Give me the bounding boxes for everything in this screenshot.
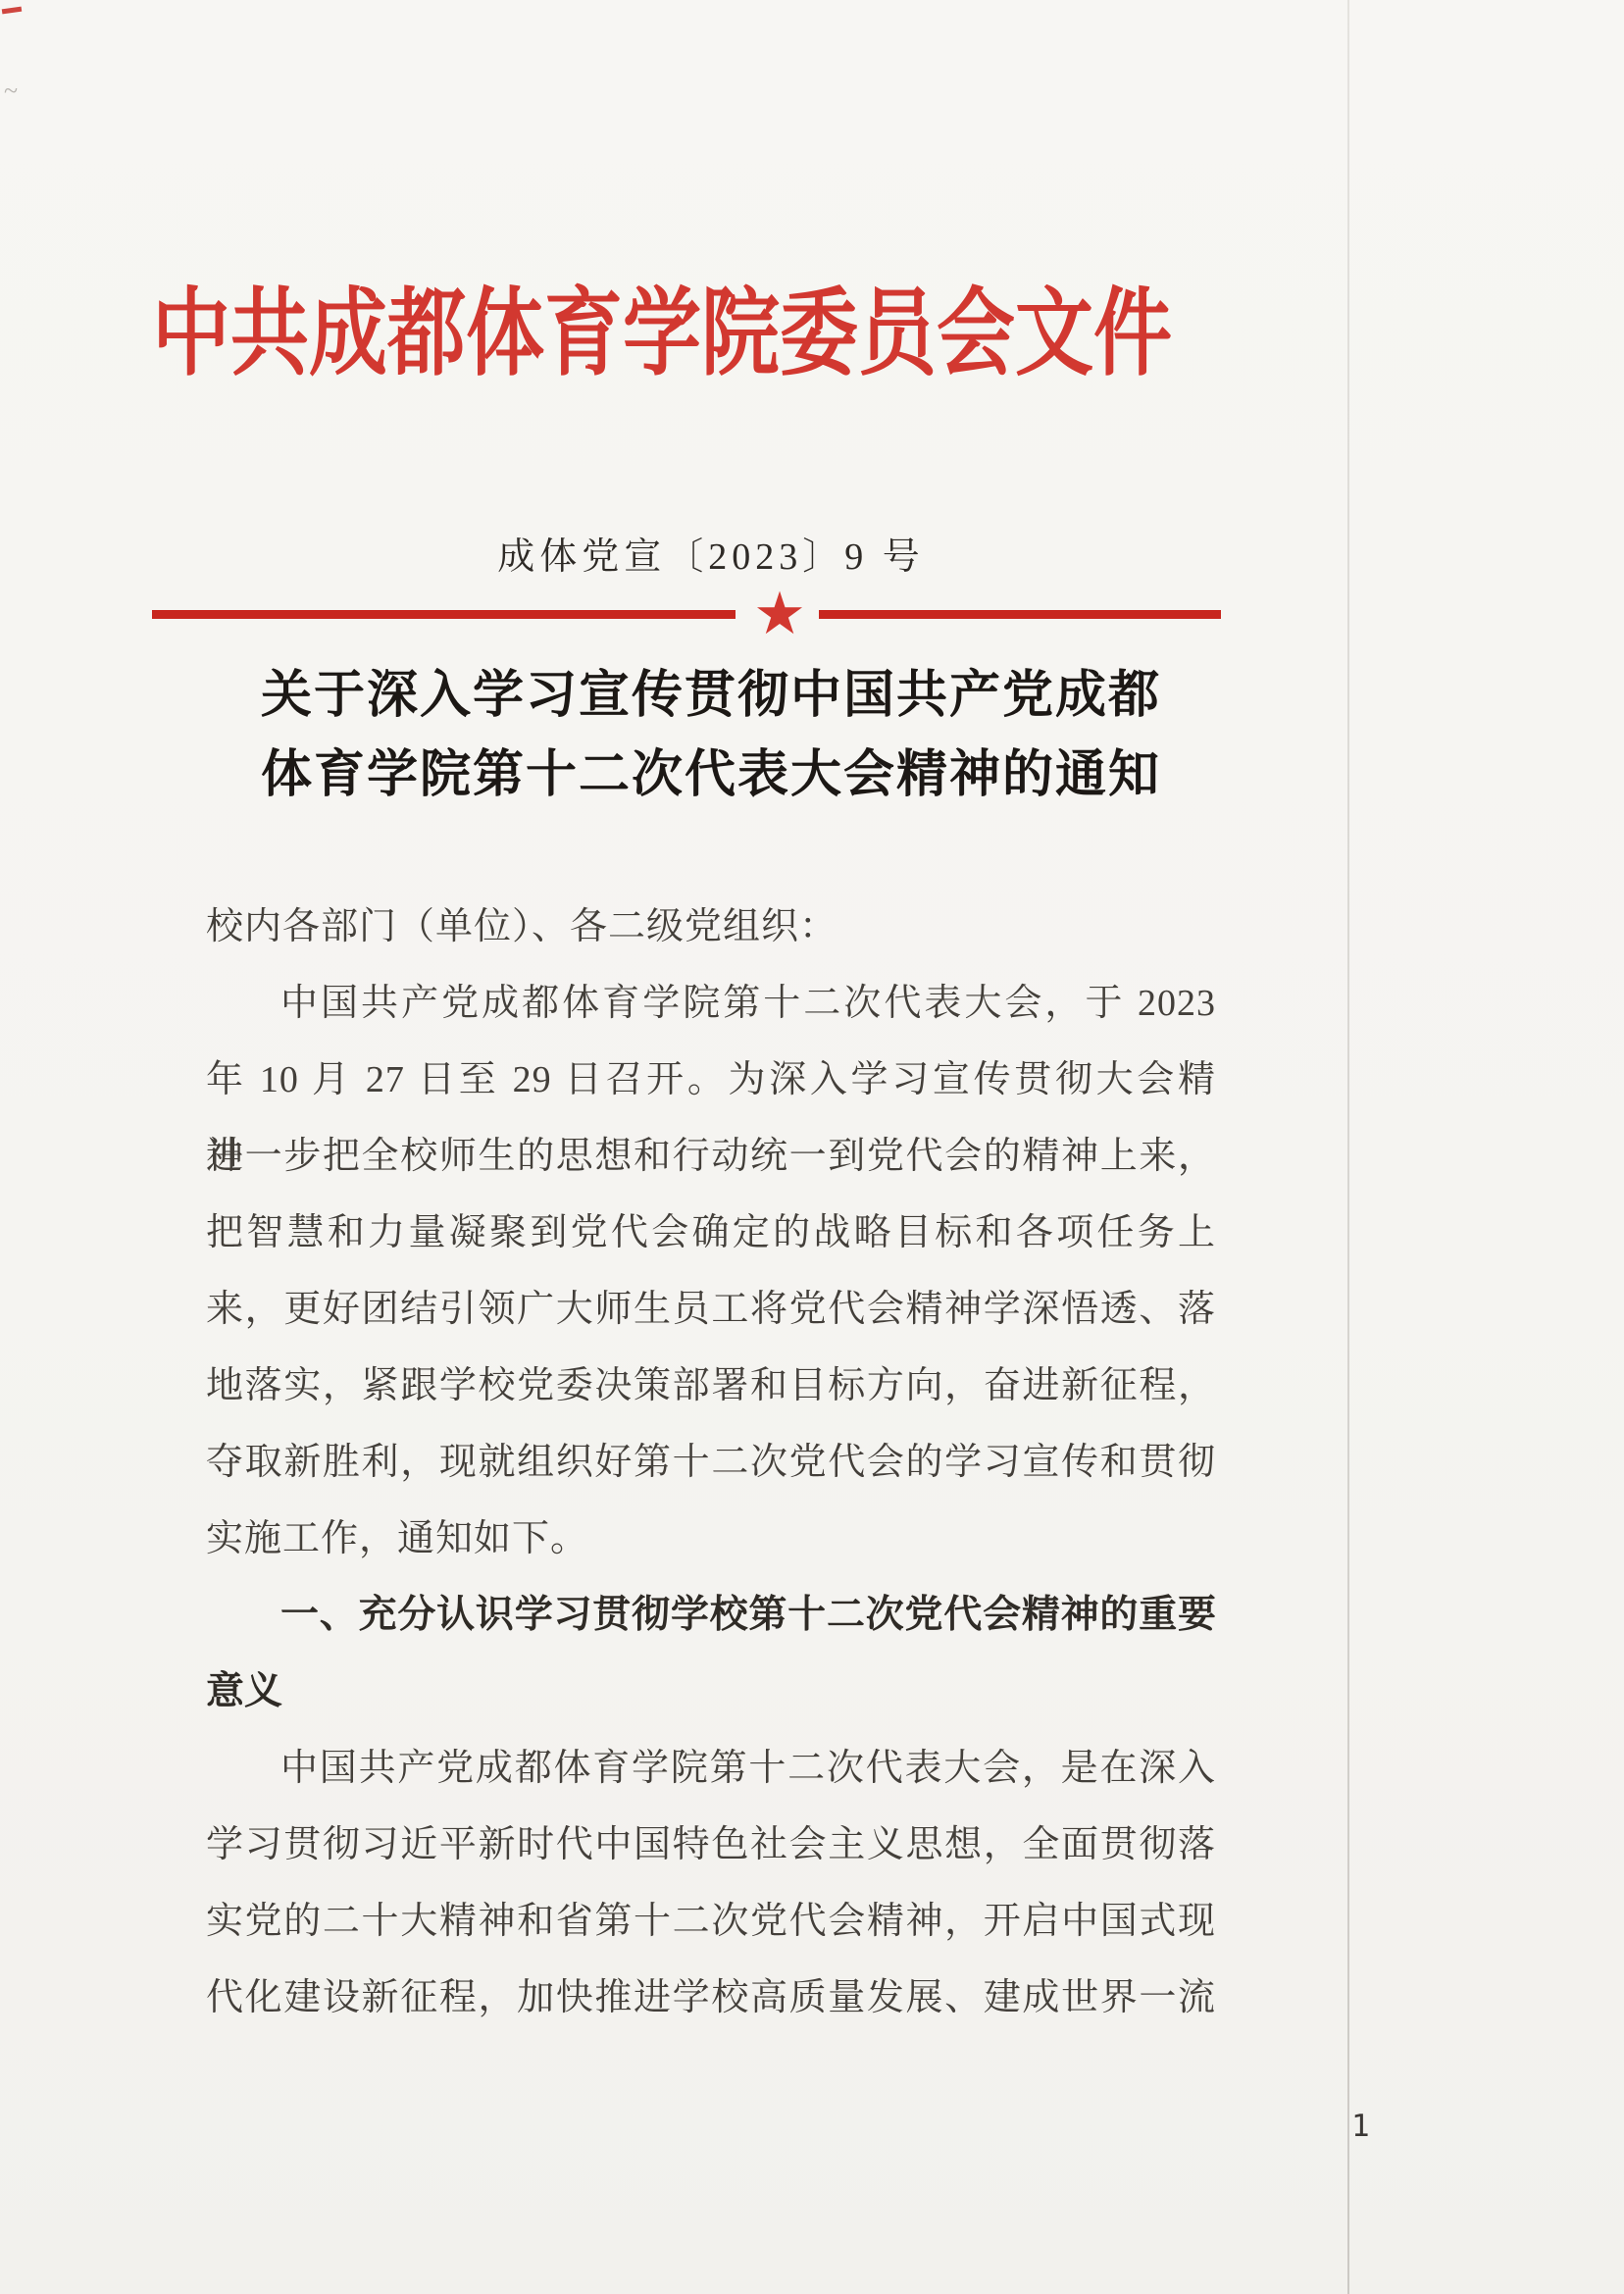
red-rule-right-segment [819,610,1221,619]
section-heading-line: 一、充分认识学习贯彻学校第十二次党代会精神的重要 [206,1577,1216,1654]
body-line: 实施工作，通知如下。 [206,1501,1216,1577]
body-line: 来，更好团结引领广大师生员工将党代会精神学深悟透、落 [206,1271,1216,1348]
red-rule-left-segment [152,610,736,619]
body-line: 中国共产党成都体育学院第十二次代表大会，是在深入 [206,1730,1216,1807]
scan-artifact-page-edge-line [1347,0,1349,2294]
body-line: 学习贯彻习近平新时代中国特色社会主义思想，全面贯彻落 [206,1807,1216,1883]
salutation-line: 校内各部门（单位）、各二级党组织： [206,889,1216,965]
notice-title-line-2: 体育学院第十二次代表大会精神的通知 [147,736,1275,815]
scan-artifact-red-dash [2,7,23,15]
letterhead-title: 中共成都体育学院委员会文件 [113,269,1211,403]
body-line: 进一步把全校师生的思想和行动统一到党代会的精神上来， [206,1118,1216,1195]
document-number: 成体党宣〔2023〕9 号 [147,533,1275,582]
body-line: 代化建设新征程，加快推进学校高质量发展、建成世界一流 [206,1960,1216,2036]
notice-body: 校内各部门（单位）、各二级党组织： 中国共产党成都体育学院第十二次代表大会，于 … [206,889,1216,2036]
star-icon: ★ [736,583,823,645]
notice-title: 关于深入学习宣传贯彻中国共产党成都 体育学院第十二次代表大会精神的通知 [147,656,1275,815]
body-line: 把智慧和力量凝聚到党代会确定的战略目标和各项任务上 [206,1195,1216,1271]
body-line: 地落实，紧跟学校党委决策部署和目标方向，奋进新征程， [206,1348,1216,1424]
section-heading-line: 意义 [206,1654,1216,1730]
red-divider-rule: ★ [152,610,1221,620]
body-line: 实党的二十大精神和省第十二次党代会精神，开启中国式现 [206,1883,1216,1960]
body-line: 年 10 月 27 日至 29 日召开。为深入学习宣传贯彻大会精神， [206,1042,1216,1118]
page-number: 1 [1351,2107,1410,2146]
document-page: ~ 中共成都体育学院委员会文件 成体党宣〔2023〕9 号 ★ 关于深入学习宣传… [0,0,1624,2294]
body-line: 夺取新胜利，现就组织好第十二次党代会的学习宣传和贯彻 [206,1424,1216,1501]
scan-artifact-tilde: ~ [4,76,18,106]
body-line: 中国共产党成都体育学院第十二次代表大会，于 2023 [206,965,1216,1042]
notice-title-line-1: 关于深入学习宣传贯彻中国共产党成都 [147,656,1275,736]
